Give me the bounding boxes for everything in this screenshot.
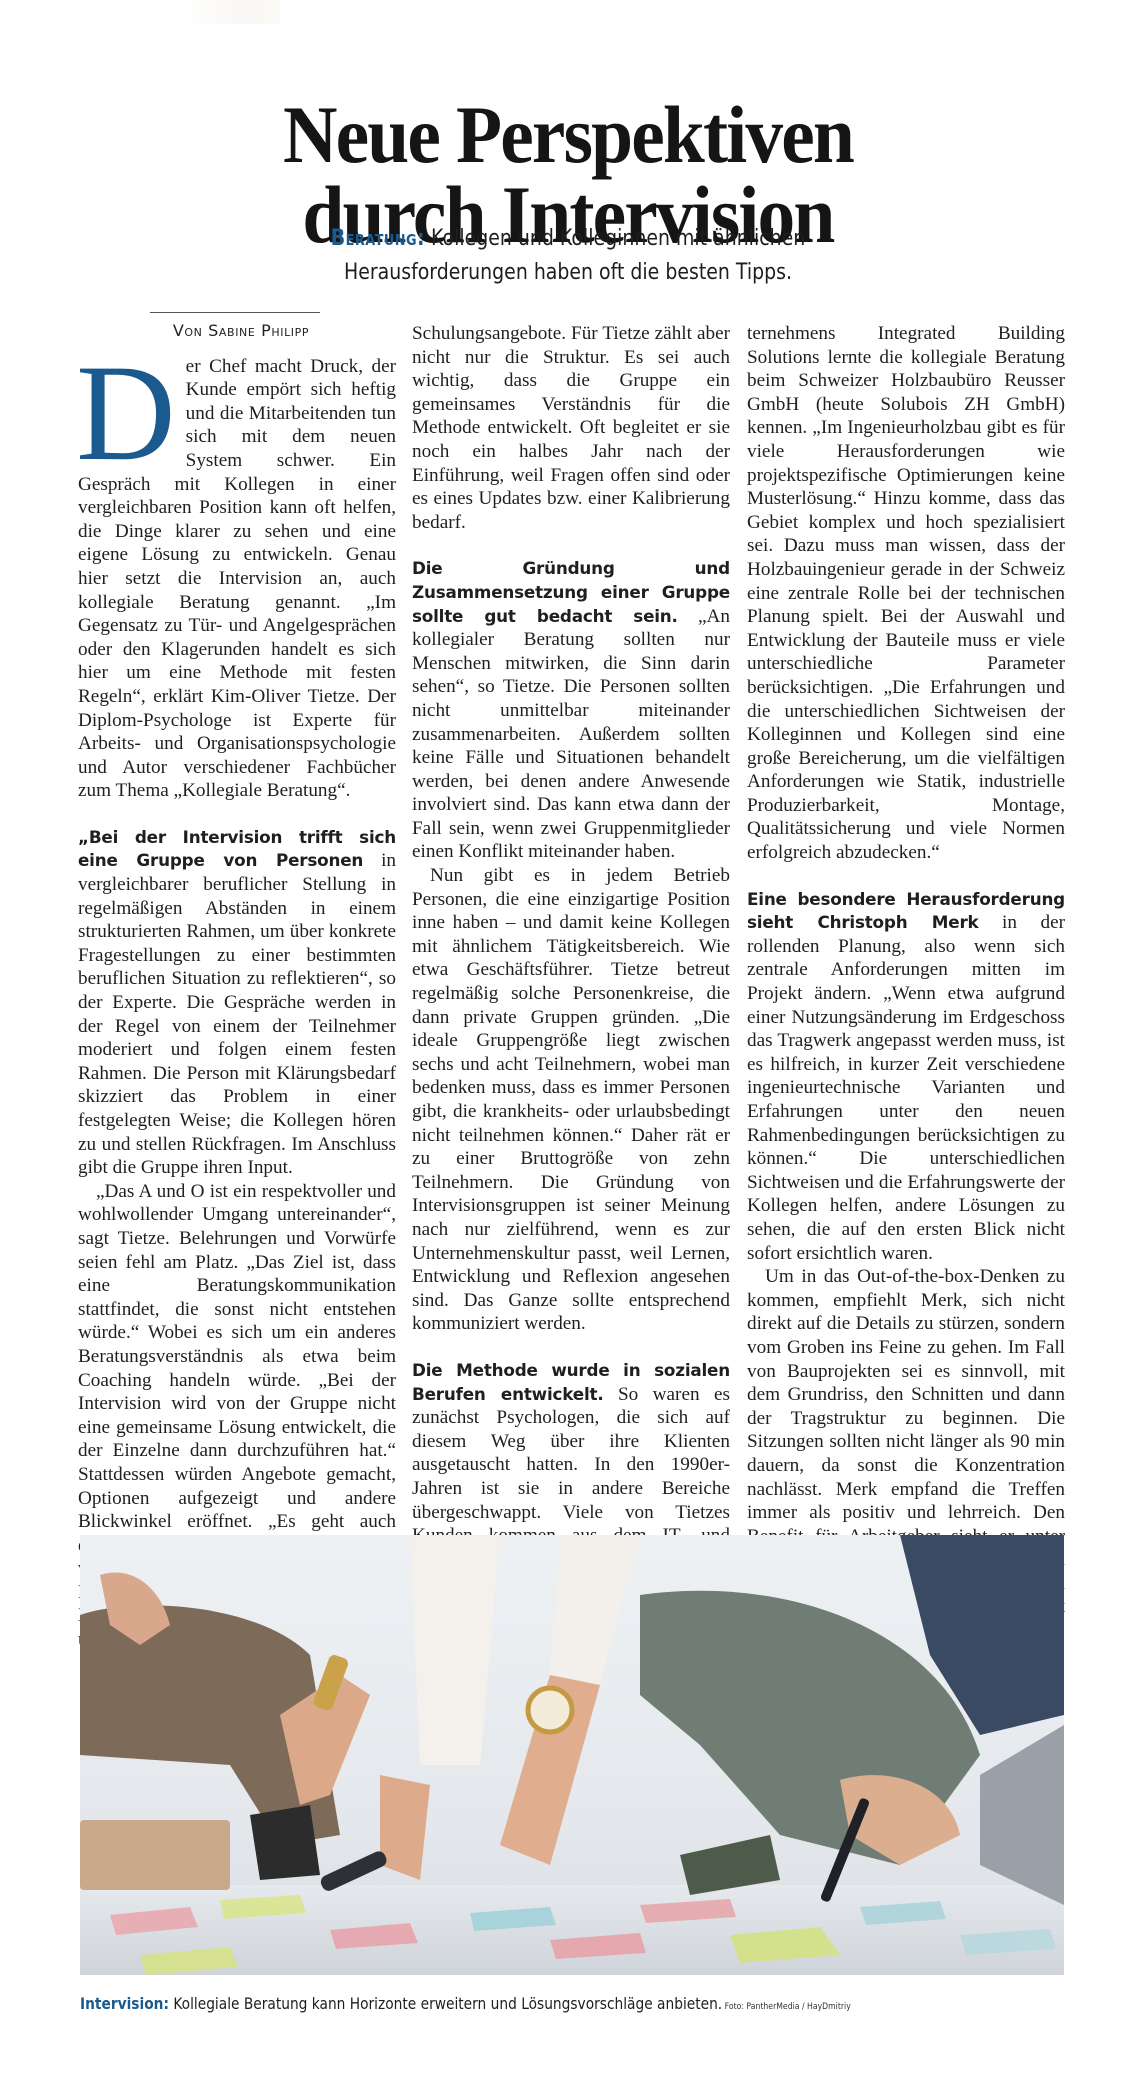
column-2: Schulungsangebote. Für Tietze zählt aber… [412,322,730,1689]
article-body: Von Sabine Philipp Der Chef macht Druck,… [78,312,1064,1512]
paragraph: „Bei der Intervision trifft sich eine Gr… [78,826,396,1180]
paragraph: ternehmens Integrated Building Solutions… [747,322,1065,865]
paragraph-text: ternehmens Integrated Building Solutions… [747,323,1065,863]
paragraph-text: in der rollenden Planung, also wenn sich… [747,912,1065,1263]
paragraph-text: Nun gibt es in jedem Betrieb Personen, d… [412,865,730,1334]
subhead-line-1: Kollegen und Kolleginnen mit ähnlichen [431,226,805,251]
photo-illustration [80,1535,1064,1975]
paragraph-lead: „Bei der Intervision trifft sich eine Gr… [78,827,396,871]
drop-cap: D [76,361,176,465]
paragraph: Eine besondere Herausforderung sieht Chr… [747,888,1065,1266]
photo-credit: Foto: PantherMedia / HayDmitriy [722,2002,851,2012]
scan-artifact [180,0,280,24]
paragraph-text: Schulungsangebote. Für Tietze zählt aber… [412,323,730,533]
paragraph: Schulungsangebote. Für Tietze zählt aber… [412,322,730,534]
headline-line-1: Neue Perspektiven [45,95,1090,175]
caption-label: Intervision: [80,1994,169,2013]
paragraph: Der Chef macht Druck, der Kunde empört s… [78,355,396,803]
subhead-line-2: Herausforderungen haben oft die besten T… [344,260,792,285]
paragraph: Die Gründung und Zusammensetzung einer G… [412,557,730,864]
column-1: Von Sabine Philipp Der Chef macht Druck,… [78,312,396,1652]
caption-text: Kollegiale Beratung kann Horizonte erwei… [169,1994,722,2013]
photo-caption: Intervision: Kollegiale Beratung kann Ho… [80,1994,940,2017]
article-photo [80,1535,1064,1975]
column-3: ternehmens Integrated Building Solutions… [747,322,1065,1643]
subhead-kicker: Beratung: [331,226,425,251]
paragraph-text: „An kollegialer Beratung sollten nur Men… [412,606,730,863]
subheadline: Beratung: Kollegen und Kolleginnen mit ä… [80,222,1057,290]
newspaper-page: Neue Perspektiven durch Intervision Bera… [0,0,1136,2084]
byline-rule [150,312,320,313]
paragraph: Nun gibt es in jedem Betrieb Personen, d… [412,864,730,1336]
paragraph-text: in vergleichbarer beruflicher Stellung i… [78,850,396,1178]
